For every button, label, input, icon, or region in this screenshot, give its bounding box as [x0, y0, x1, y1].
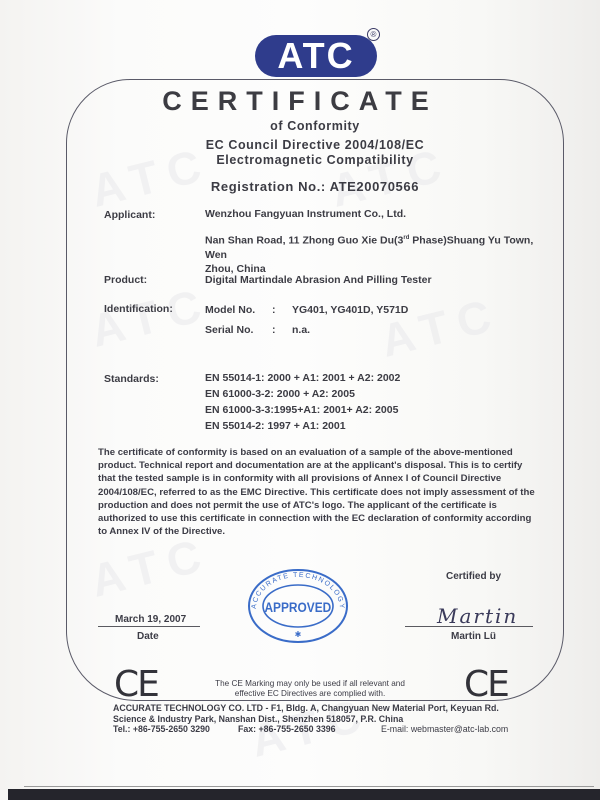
atc-logo: ATC: [255, 35, 377, 77]
directive-title: EC Council Directive 2004/108/EC: [0, 138, 600, 152]
svg-text:✱: ✱: [295, 630, 302, 639]
footer-fax: Fax: +86-755-2650 3396: [238, 724, 336, 734]
product-value: Digital Martindale Abrasion And Pilling …: [205, 273, 432, 287]
applicant-address: Nan Shan Road, 11 Zhong Guo Xie Du(3rd P…: [205, 231, 545, 276]
svg-text:APPROVED: APPROVED: [264, 599, 331, 615]
applicant-name: Wenzhou Fangyuan Instrument Co., Ltd.: [205, 207, 406, 221]
footer-address-line-2: Science & Industry Park, Nanshan Dist., …: [113, 714, 403, 724]
model-no-sep: :: [272, 303, 276, 317]
signature-underline: [405, 626, 533, 627]
certified-by-label: Certified by: [446, 571, 501, 582]
product-label: Product:: [104, 274, 147, 286]
registered-mark-icon: ®: [367, 28, 380, 41]
footer-address-line-1: ACCURATE TECHNOLOGY CO. LTD - F1, Bldg. …: [113, 703, 499, 713]
model-no-key: Model No.: [205, 303, 255, 317]
ce-note-line-2: effective EC Directives are complied wit…: [0, 689, 600, 698]
serial-no-sep: :: [272, 323, 276, 337]
scan-bottom-edge: [8, 789, 600, 800]
ce-note-line-1: The CE Marking may only be used if all r…: [0, 679, 600, 688]
standard-item: EN 61000-3-3:1995+A1: 2001+ A2: 2005: [205, 403, 398, 417]
scope-title: Electromagnetic Compatibility: [0, 153, 600, 167]
signature: Martin: [437, 604, 518, 628]
standard-item: EN 55014-2: 1997 + A1: 2001: [205, 419, 346, 433]
serial-no-value: n.a.: [292, 323, 310, 337]
standard-item: EN 55014-1: 2000 + A1: 2001 + A2: 2002: [205, 371, 400, 385]
address-part: Nan Shan Road, 11 Zhong Guo Xie Du(3: [205, 235, 403, 247]
certificate-subtitle: of Conformity: [0, 119, 600, 133]
registration-number: Registration No.: ATE20070566: [0, 179, 600, 194]
applicant-label: Applicant:: [104, 209, 155, 221]
signer-name: Martin Lü: [451, 631, 496, 642]
identification-label: Identification:: [104, 303, 173, 315]
serial-no-key: Serial No.: [205, 323, 253, 337]
footer-tel: Tel.: +86-755-2650 3290: [113, 724, 210, 734]
approved-stamp: ACCURATE TECHNOLOGY CO., LTD APPROVED ✱: [246, 567, 350, 650]
date-value: March 19, 2007: [115, 614, 186, 625]
date-label: Date: [137, 631, 159, 642]
date-underline: [98, 626, 200, 627]
atc-logo-text: ATC: [255, 35, 377, 77]
standards-label: Standards:: [104, 373, 159, 385]
conformity-statement: The certificate of conformity is based o…: [98, 446, 538, 538]
footer-email: E-mail: webmaster@atc-lab.com: [381, 724, 508, 734]
model-no-value: YG401, YG401D, Y571D: [292, 303, 408, 317]
certificate-title: CERTIFICATE: [0, 86, 600, 117]
approved-stamp-icon: ACCURATE TECHNOLOGY CO., LTD APPROVED ✱: [246, 567, 350, 645]
scan-edge-line: [24, 786, 594, 787]
standard-item: EN 61000-3-2: 2000 + A2: 2005: [205, 387, 355, 401]
